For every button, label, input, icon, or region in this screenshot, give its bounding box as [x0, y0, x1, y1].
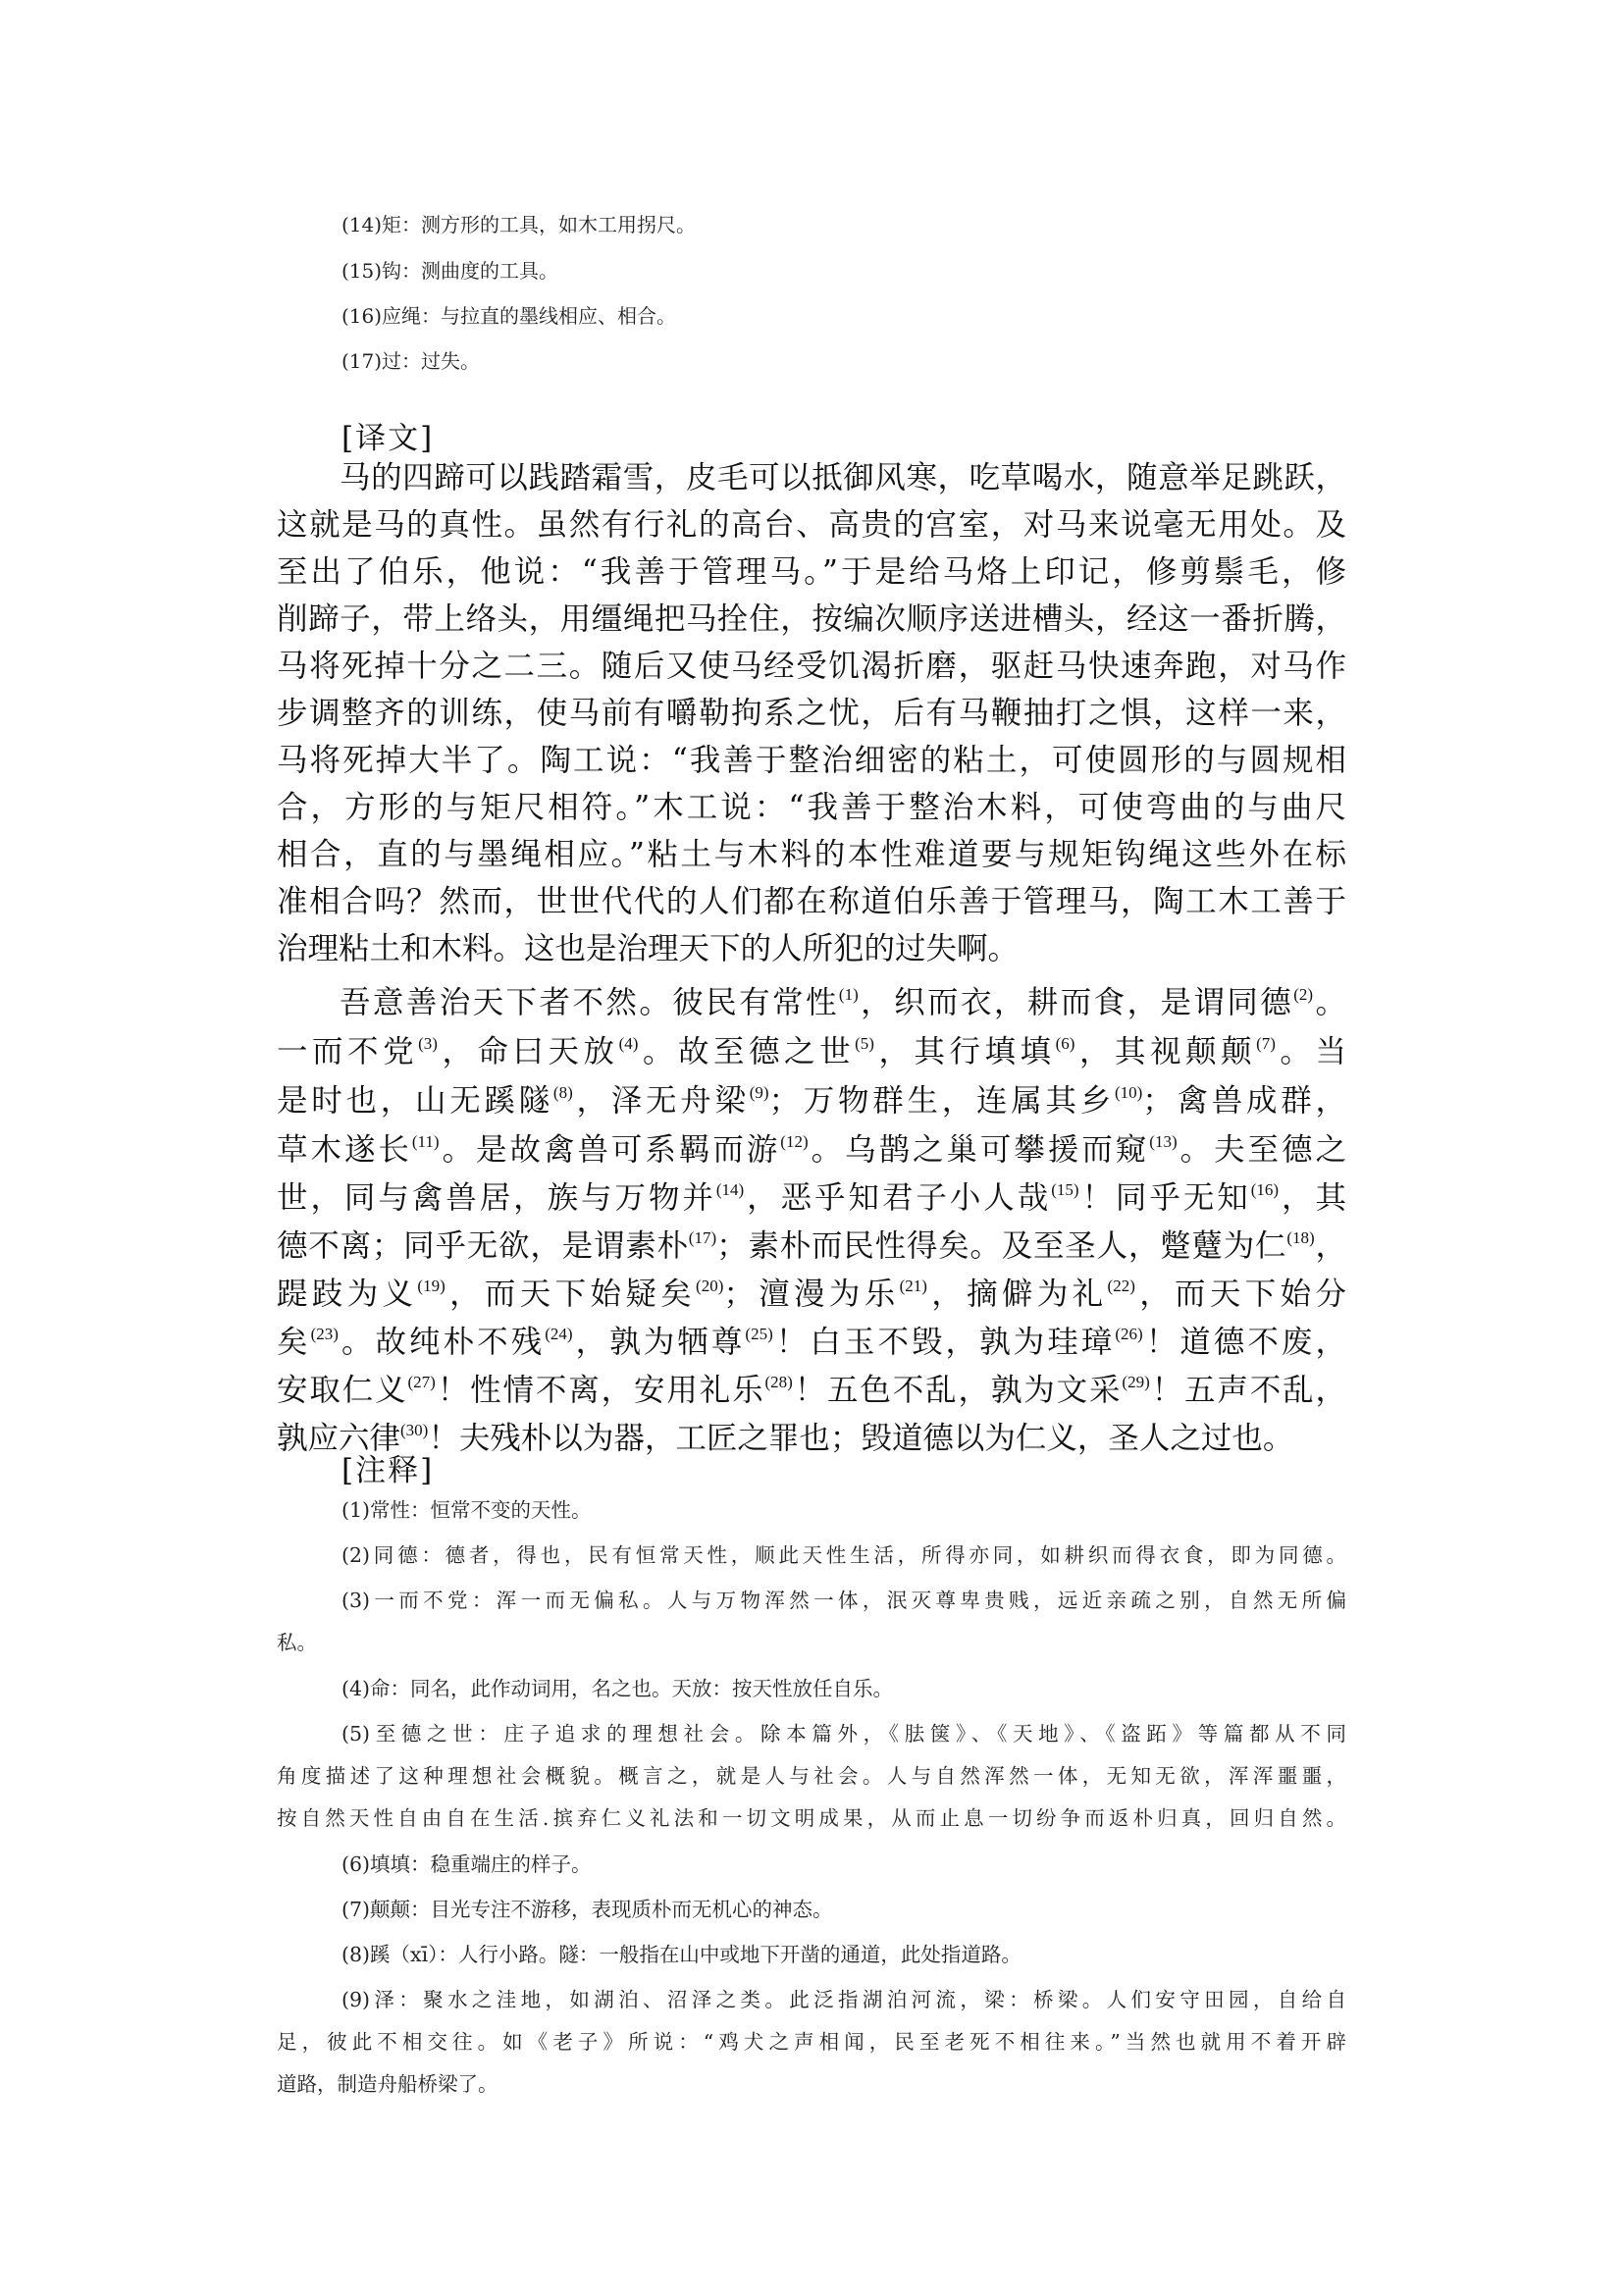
- footnote-marker: (2): [1293, 985, 1313, 1004]
- footnote-marker: (6): [1056, 1034, 1075, 1053]
- original-line: 孰应六律(30)！夫残朴以为器，工匠之罪也；毁道德以为仁义，圣人之过也。: [277, 1417, 1346, 1460]
- footnote-marker: (19): [417, 1277, 445, 1295]
- footnote-marker: (8): [553, 1083, 573, 1102]
- original-line: 世，同与禽兽居，族与万物并(14)，恶乎知君子小人哉(15)！同乎无知(16)，…: [277, 1176, 1346, 1220]
- footnote-marker: (13): [1149, 1132, 1177, 1151]
- translation-line: 马将死掉大半了。陶工说：“我善于整治细密的粘土，可使圆形的与圆规相: [277, 739, 1346, 782]
- annotation-6: (6)填填：稳重端庄的样子。: [277, 1851, 1346, 1878]
- footnote-marker: (22): [1108, 1277, 1135, 1295]
- original-line: 草木遂长(11)。是故禽兽可系羁而游(12)。乌鹊之巢可攀援而窥(13)。夫至德…: [277, 1128, 1346, 1172]
- annotation-5: (5)至德之世：庄子追求的理想社会。除本篇外，《胠箧》、《天地》、《盗跖》等篇都…: [277, 1720, 1346, 1747]
- note-15: (15)钩：测曲度的工具。: [341, 257, 558, 285]
- translation-line: 这就是马的真性。虽然有行礼的高台、高贵的宫室，对马来说毫无用处。及: [277, 503, 1346, 547]
- original-line: 德不离；同乎无欲，是谓素朴(17)；素朴而民性得矣。及至圣人，蹩躠为仁(18)，: [277, 1225, 1346, 1268]
- translation-line: 合，方形的与矩尺相符。”木工说：“我善于整治木料，可使弯曲的与曲尺: [277, 786, 1346, 829]
- footnote-marker: (14): [716, 1180, 744, 1199]
- annotation-9-cont: 足，彼此不相交往。如《老子》所说：“鸡犬之声相闻，民至老死不相往来。”当然也就用…: [277, 2028, 1346, 2056]
- translation-line: 治理粘土和木料。这也是治理天下的人所犯的过失啊。: [277, 927, 1346, 970]
- footnote-marker: (20): [696, 1277, 723, 1295]
- translation-line: 马将死掉十分之二三。随后又使马经受饥渴折磨，驱赶马快速奔跑，对马作: [277, 645, 1346, 688]
- original-line: 安取仁义(27)！性情不离，安用礼乐(28)！五色不乱，孰为文采(29)！五声不…: [277, 1369, 1346, 1412]
- footnote-marker: (12): [780, 1132, 808, 1151]
- footnote-marker: (18): [1286, 1228, 1314, 1247]
- annotation-9: (9)泽：聚水之洼地，如湖泊、沼泽之类。此泛指湖泊河流，梁：桥梁。人们安守田园，…: [277, 1986, 1346, 2013]
- footnote-marker: (27): [408, 1373, 436, 1391]
- footnote-marker: (3): [418, 1034, 438, 1053]
- footnote-marker: (7): [1256, 1034, 1276, 1053]
- footnote-marker: (10): [1115, 1083, 1142, 1102]
- footnote-marker: (24): [545, 1325, 572, 1343]
- annotation-4: (4)命：同名，此作动词用，名之也。天放：按天性放任自乐。: [277, 1675, 1346, 1702]
- footnote-marker: (28): [764, 1373, 792, 1391]
- footnote-marker: (15): [1051, 1180, 1078, 1199]
- translation-line: 削蹄子，带上络头，用缰绳把马拴住，按编次顺序送进槽头，经这一番折腾，: [277, 598, 1346, 641]
- footnote-marker: (11): [412, 1132, 440, 1151]
- footnote-marker: (26): [1115, 1325, 1142, 1343]
- note-14: (14)矩：测方形的工具，如木工用拐尺。: [341, 211, 696, 238]
- original-line: 吾意善治天下者不然。彼民有常性(1)，织而衣，耕而食，是谓同德(2)。: [277, 981, 1346, 1024]
- annotation-5-cont: 角度描述了这种理想社会概貌。概言之，就是人与社会。人与自然浑然一体，无知无欲，浑…: [277, 1762, 1346, 1790]
- footnote-marker: (30): [400, 1421, 428, 1439]
- annotation-7: (7)颠颠：目光专注不游移，表现质朴而无机心的神态。: [277, 1896, 1346, 1923]
- footnote-marker: (16): [1251, 1180, 1279, 1199]
- footnote-marker: (23): [311, 1325, 339, 1343]
- annotations-heading: [注释]: [341, 1451, 434, 1490]
- annotation-1: (1)常性：恒常不变的天性。: [277, 1496, 1346, 1524]
- annotation-3-cont: 私。: [277, 1629, 1346, 1656]
- original-line: 踶跂为义(19)，而天下始疑矣(20)；澶漫为乐(21)，摘僻为礼(22)，而天…: [277, 1273, 1346, 1316]
- footnote-marker: (29): [1122, 1373, 1149, 1391]
- footnote-marker: (21): [900, 1277, 927, 1295]
- translation-line: 至出了伯乐，他说：“我善于管理马。”于是给马烙上印记，修剪鬃毛，修: [277, 550, 1346, 594]
- footnote-marker: (25): [745, 1325, 772, 1343]
- footnote-marker: (4): [619, 1034, 639, 1053]
- translation-line: 马的四蹄可以践踏霜雪，皮毛可以抵御风寒，吃草喝水，随意举足跳跃，: [277, 456, 1346, 499]
- footnote-marker: (5): [855, 1034, 874, 1053]
- annotation-3: (3)一而不党：浑一而无偏私。人与万物浑然一体，泯灭尊卑贵贱，远近亲疏之别，自然…: [277, 1587, 1346, 1614]
- annotation-8: (8)蹊（xī）：人行小路。隧：一般指在山中或地下开凿的通道，此处指道路。: [277, 1941, 1346, 1968]
- note-16: (16)应绳：与拉直的墨线相应、相合。: [341, 302, 676, 330]
- note-17: (17)过：过失。: [341, 347, 480, 375]
- original-line: 是时也，山无蹊隧(8)，泽无舟梁(9)；万物群生，连属其乡(10)；禽兽成群，: [277, 1079, 1346, 1122]
- footnote-marker: (17): [689, 1228, 716, 1247]
- translation-line: 相合，直的与墨绳相应。”粘土与木料的本性难道要与规矩钩绳这些外在标: [277, 833, 1346, 876]
- translation-line: 准相合吗？然而，世世代代的人们都在称道伯乐善于管理马，陶工木工善于: [277, 880, 1346, 923]
- footnote-marker: (9): [750, 1083, 769, 1102]
- annotation-5-cont: 按自然天性自由自在生活.摈弃仁义礼法和一切文明成果，从而止息一切纷争而返朴归真，…: [277, 1804, 1346, 1832]
- annotation-2: (2)同德：德者，得也，民有恒常天性，顺此天性生活，所得亦同，如耕织而得衣食，即…: [277, 1541, 1346, 1569]
- annotation-9-cont: 道路，制造舟船桥梁了。: [277, 2070, 1346, 2098]
- translation-heading: [译文]: [341, 419, 434, 458]
- translation-line: 步调整齐的训练，使马前有嚼勒拘系之忧，后有马鞭抽打之惧，这样一来，: [277, 692, 1346, 735]
- original-line: 一而不党(3)，命曰天放(4)。故至德之世(5)，其行填填(6)，其视颠颠(7)…: [277, 1030, 1346, 1073]
- footnote-marker: (1): [839, 985, 859, 1004]
- original-line: 矣(23)。故纯朴不残(24)，孰为牺尊(25)！白玉不毁，孰为珪璋(26)！道…: [277, 1321, 1346, 1364]
